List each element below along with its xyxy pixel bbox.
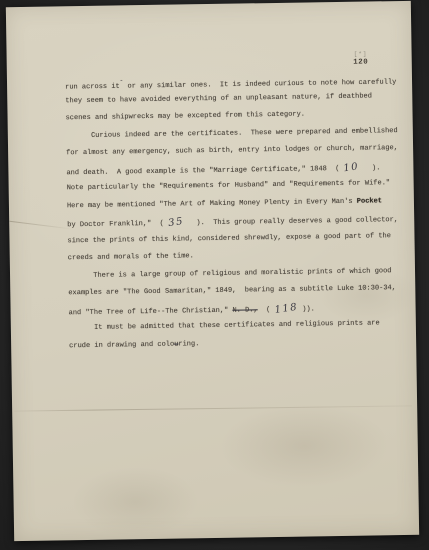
overtyped-bold-word: Pocket xyxy=(357,197,382,205)
typed-text: ( xyxy=(258,306,275,314)
paper-crease-corner xyxy=(9,221,73,230)
typed-text: by Doctor Franklin," ( xyxy=(67,220,168,230)
handwritten-number: 35 xyxy=(167,213,185,232)
scan-background: [*] 120 run across itˆ or any similar on… xyxy=(0,0,429,550)
typed-text: and "The Tree of Life--The Christian," xyxy=(69,306,233,317)
typed-text: ring. xyxy=(178,340,199,348)
typed-text-block: run across itˆ or any similar ones. It i… xyxy=(65,70,409,355)
page-number: 120 xyxy=(339,58,383,68)
struck-out-text: N. D., xyxy=(232,306,257,314)
typed-text: and death. A good example is the "Marria… xyxy=(66,164,343,176)
typed-text: run across it xyxy=(65,83,120,92)
typed-text: Here may be mentioned "The Art of Making… xyxy=(67,197,357,210)
paper-crease-horizontal xyxy=(14,405,412,411)
typed-text: crude in drawing and colo xyxy=(69,340,174,350)
page-number-block: [*] 120 xyxy=(339,49,383,68)
paper-page: [*] 120 run across itˆ or any similar on… xyxy=(6,1,419,541)
typed-text: ). xyxy=(359,164,380,172)
handwritten-number: 10 xyxy=(343,158,361,177)
typed-text: )). xyxy=(298,305,315,313)
handwritten-number: 118 xyxy=(273,298,299,319)
typed-text: ). This group really deserves a good col… xyxy=(184,216,398,227)
